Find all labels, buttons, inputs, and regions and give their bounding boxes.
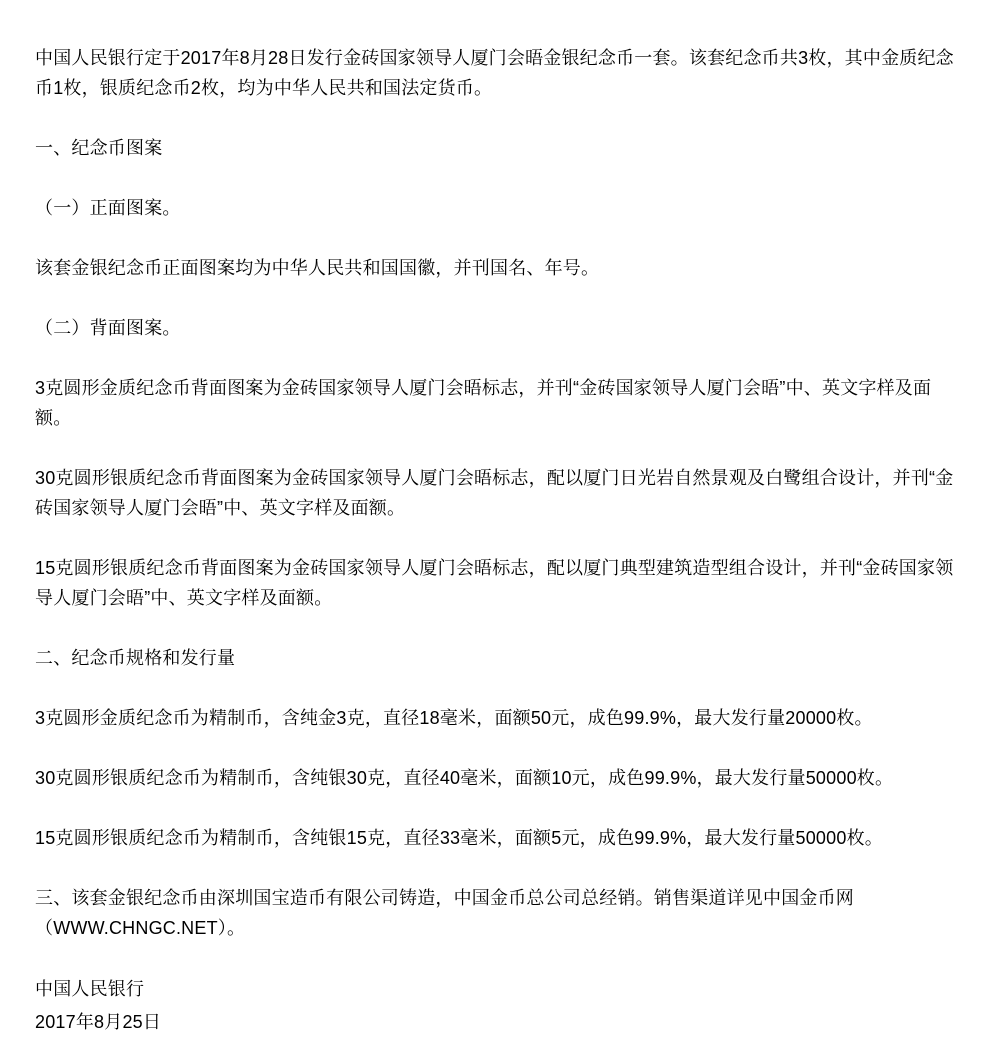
subsection-1-1-heading: （一）正面图案。: [35, 193, 960, 223]
paragraph-silver-15g-specs: 15克圆形银质纪念币为精制币，含纯银15克，直径33毫米，面额5元，成色99.9…: [35, 823, 960, 853]
paragraph-silver-30g-specs: 30克圆形银质纪念币为精制币，含纯银30克，直径40毫米，面额10元，成色99.…: [35, 763, 960, 793]
paragraph-silver-30g-back-design: 30克圆形银质纪念币背面图案为金砖国家领导人厦门会晤标志，配以厦门日光岩自然景观…: [35, 463, 960, 523]
signature-block: 中国人民银行 2017年8月25日: [35, 973, 960, 1039]
paragraph-gold-3g-back-design: 3克圆形金质纪念币背面图案为金砖国家领导人厦门会晤标志，并刊“金砖国家领导人厦门…: [35, 373, 960, 433]
paragraph-silver-15g-back-design: 15克圆形银质纪念币背面图案为金砖国家领导人厦门会晤标志，配以厦门典型建筑造型组…: [35, 553, 960, 613]
section-1-heading: 一、纪念币图案: [35, 133, 960, 163]
paragraph-intro: 中国人民银行定于2017年8月28日发行金砖国家领导人厦门会晤金银纪念币一套。该…: [35, 43, 960, 103]
signature-issuer: 中国人民银行: [35, 973, 960, 1006]
section-2-heading: 二、纪念币规格和发行量: [35, 643, 960, 673]
paragraph-gold-3g-specs: 3克圆形金质纪念币为精制币，含纯金3克，直径18毫米，面额50元，成色99.9%…: [35, 703, 960, 733]
signature-date: 2017年8月25日: [35, 1006, 960, 1039]
paragraph-front-design: 该套金银纪念币正面图案均为中华人民共和国国徽，并刊国名、年号。: [35, 253, 960, 283]
subsection-1-2-heading: （二）背面图案。: [35, 313, 960, 343]
announcement-document: 中国人民银行定于2017年8月28日发行金砖国家领导人厦门会晤金银纪念币一套。该…: [0, 0, 990, 1039]
paragraph-section-3-distribution: 三、该套金银纪念币由深圳国宝造币有限公司铸造，中国金币总公司总经销。销售渠道详见…: [35, 883, 960, 943]
